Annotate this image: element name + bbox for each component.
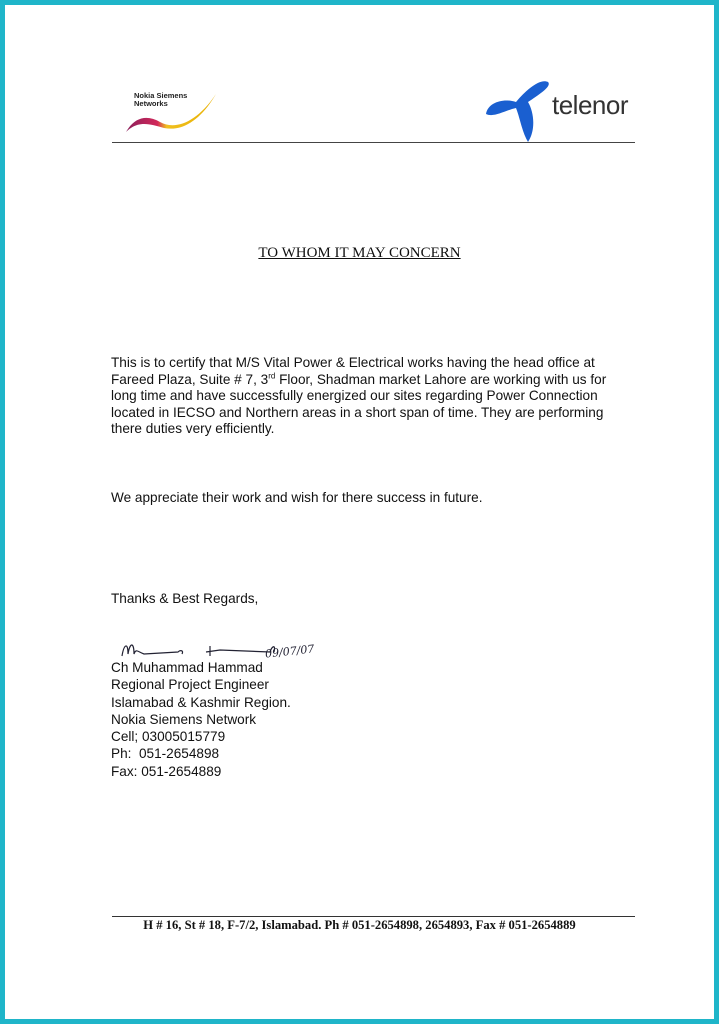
telenor-logo: telenor — [482, 76, 632, 146]
signatory-block: Ch Muhammad Hammad Regional Project Engi… — [111, 659, 631, 780]
signatory-cell: Cell; 03005015779 — [111, 728, 631, 745]
closing-line: Thanks & Best Regards, — [111, 591, 631, 608]
footer-address: H # 16, St # 18, F-7/2, Islamabad. Ph # … — [0, 918, 719, 933]
telenor-logo-text: telenor — [552, 90, 628, 121]
signatory-title: Regional Project Engineer — [111, 676, 631, 693]
signatory-name: Ch Muhammad Hammad — [111, 659, 631, 676]
nokia-siemens-logo: Nokia Siemens Networks — [124, 88, 224, 136]
footer-divider — [112, 916, 635, 917]
paragraph-certification: This is to certify that M/S Vital Power … — [111, 355, 631, 438]
document-title: TO WHOM IT MAY CONCERN — [0, 245, 719, 262]
signatory-company: Nokia Siemens Network — [111, 711, 631, 728]
signatory-region: Islamabad & Kashmir Region. — [111, 694, 631, 711]
signatory-fax: Fax: 051-2654889 — [111, 763, 631, 780]
paragraph-appreciation: We appreciate their work and wish for th… — [111, 490, 631, 507]
header-divider — [112, 142, 635, 143]
nsn-logo-line2: Networks — [134, 100, 187, 108]
telenor-propeller-icon — [482, 76, 552, 146]
letter-page — [5, 5, 714, 1019]
signatory-phone: Ph: 051-2654898 — [111, 745, 631, 762]
